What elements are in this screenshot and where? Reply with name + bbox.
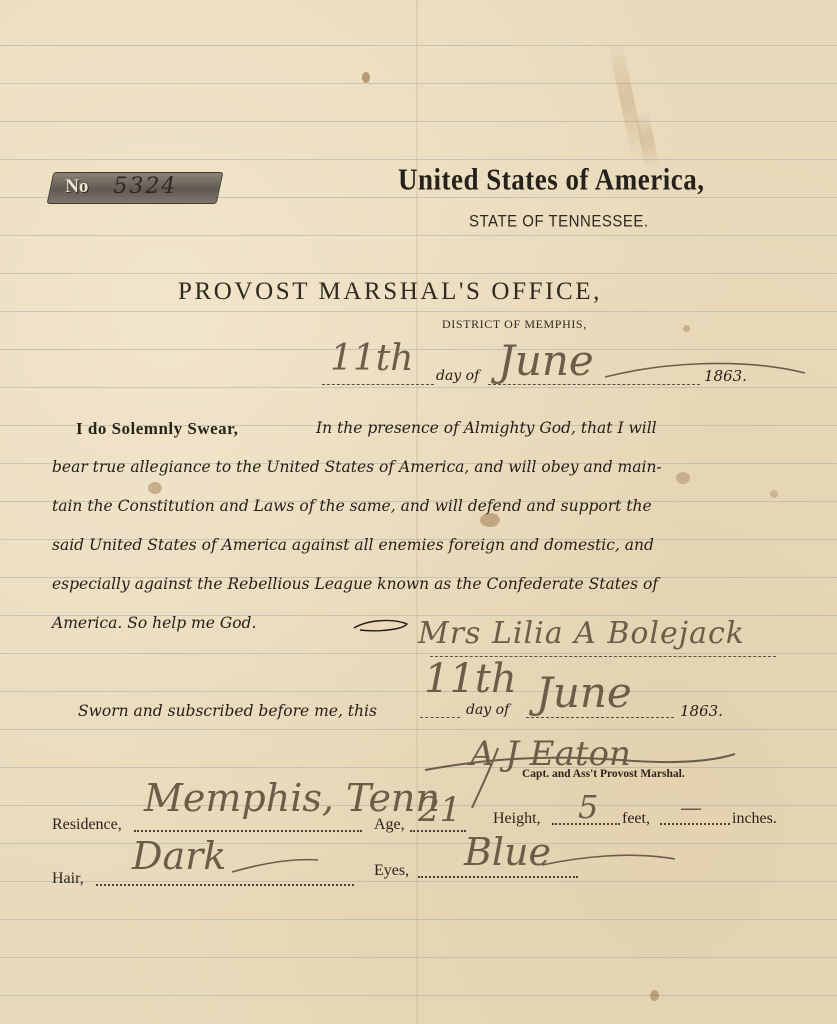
eyes-value: Blue	[464, 830, 551, 874]
number-label: No	[65, 176, 88, 198]
signer-signature: Mrs Lilia A Bolejack	[418, 616, 745, 651]
stain-spot	[676, 472, 690, 484]
feet-label: feet,	[622, 810, 650, 828]
height-label: Height,	[493, 810, 541, 828]
age-field-line	[410, 830, 466, 832]
hair-value: Dark	[132, 834, 226, 878]
sworn-day-rule	[420, 717, 460, 718]
serial-number: 5324	[113, 174, 177, 199]
height-inches-field-line	[660, 823, 730, 825]
document-page: No 5324 United States of America, STATE …	[0, 0, 837, 1024]
hair-field-line	[96, 884, 354, 886]
oath-line: tain the Constitution and Laws of the sa…	[52, 497, 652, 515]
eyes-flourish	[540, 845, 680, 875]
residence-field-line	[134, 830, 362, 832]
date-line-rule	[322, 384, 434, 385]
sworn-month-handwritten: June	[536, 668, 632, 717]
oath-line: especially against the Rebellious League…	[52, 575, 658, 593]
stain-spot	[362, 72, 370, 83]
officer-title: Capt. and Ass't Provost Marshal.	[522, 768, 685, 780]
height-feet-value: 5	[578, 788, 598, 826]
header-state: STATE OF TENNESSEE.	[469, 212, 649, 231]
serial-number-banner: No 5324	[47, 172, 224, 204]
height-inches-value: —	[680, 796, 702, 821]
age-value: 21	[418, 790, 461, 830]
date-month-handwritten: June	[498, 336, 594, 385]
header-title: United States of America,	[398, 162, 704, 198]
hair-label: Hair,	[52, 870, 84, 888]
stain-spot	[480, 513, 500, 527]
sworn-prefix: Sworn and subscribed before me, this	[78, 702, 377, 720]
eyes-label: Eyes,	[374, 862, 409, 880]
stain-spot	[683, 325, 690, 332]
oath-line: bear true allegiance to the United State…	[52, 458, 662, 476]
office-title: PROVOST MARSHAL'S OFFICE,	[178, 278, 602, 306]
oath-line: said United States of America against al…	[52, 536, 654, 554]
god-flourish	[352, 616, 412, 636]
eyes-field-line	[418, 876, 578, 878]
age-label: Age,	[374, 816, 405, 834]
district-label: DISTRICT OF MEMPHIS,	[442, 317, 587, 332]
residence-value: Memphis, Tenn	[144, 776, 440, 820]
date-day-label: day of	[436, 368, 479, 384]
hair-flourish	[230, 850, 320, 880]
sworn-year: 1863.	[680, 702, 723, 720]
sworn-month-rule	[526, 717, 674, 718]
oath-opening: I do Solemnly Swear,	[76, 419, 238, 439]
stain-spot	[650, 990, 659, 1001]
sworn-day-label: day of	[466, 702, 509, 718]
oath-line: In the presence of Almighty God, that I …	[316, 419, 657, 437]
stain-spot	[770, 490, 778, 498]
date-day-handwritten: 11th	[330, 338, 413, 379]
stain-spot	[148, 482, 162, 494]
residence-label: Residence,	[52, 816, 122, 834]
sworn-day-handwritten: 11th	[424, 656, 517, 702]
date-year: 1863.	[704, 367, 747, 385]
oath-line: America. So help me God.	[52, 614, 256, 632]
inches-label: inches.	[732, 810, 777, 828]
